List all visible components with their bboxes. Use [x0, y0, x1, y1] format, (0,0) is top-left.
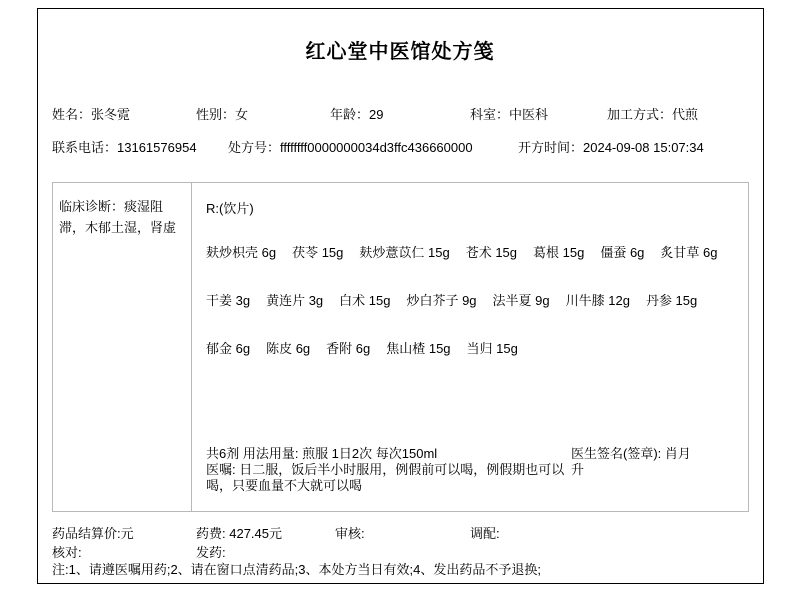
field-rx-no: 处方号：ffffffff0000000034d3ffc436660000 — [228, 137, 473, 156]
herb-item: 川牛膝 12g — [566, 293, 630, 308]
herb-item: 炒白芥子 9g — [406, 293, 476, 308]
time-label: 开方时间： — [518, 140, 583, 155]
herb-item: 麸炒薏苡仁 15g — [359, 245, 449, 260]
herb-item: 僵蚕 6g — [600, 245, 644, 260]
processing-value: 代煎 — [672, 107, 698, 122]
diagnosis: 临床诊断：痰湿阻滞，木郁土湿，肾虚 — [59, 196, 181, 238]
herb-item: 白术 15g — [339, 293, 390, 308]
advice-line: 医嘱: 日二服，饭后半小时服用，例假前可以喝，例假期也可以喝，只要血量不大就可以… — [206, 462, 570, 494]
herb-item: 苍术 15g — [466, 245, 517, 260]
footer-note: 注:1、请遵医嘱用药;2、请在窗口点清药品;3、本处方当日有效;4、发出药品不予… — [52, 559, 541, 578]
dosage-line: 共6剂 用法用量: 煎服 1日2次 每次150ml — [206, 446, 570, 462]
signature-label: 医生签名(签章): — [571, 446, 665, 461]
field-department: 科室：中医科 — [470, 104, 548, 123]
field-fee: 药费: 427.45元 — [196, 523, 282, 542]
fee-label: 药费: — [196, 526, 229, 541]
herb-rows: 麸炒枳壳 6g茯苓 15g麸炒薏苡仁 15g苍术 15g葛根 15g僵蚕 6g炙… — [206, 244, 736, 388]
herb-item: 丹参 15g — [646, 293, 697, 308]
age-label: 年龄： — [330, 107, 369, 122]
department-value: 中医科 — [509, 107, 548, 122]
herb-item: 郁金 6g — [206, 341, 250, 356]
time-value: 2024-09-08 15:07:34 — [583, 140, 704, 155]
field-phone: 联系电话：13161576954 — [52, 137, 197, 156]
herb-item: 当归 15g — [467, 341, 518, 356]
department-label: 科室： — [470, 107, 509, 122]
phone-value: 13161576954 — [117, 140, 197, 155]
name-value: 张冬霓 — [91, 107, 130, 122]
field-time: 开方时间：2024-09-08 15:07:34 — [518, 137, 704, 156]
herb-row: 干姜 3g黄连片 3g白术 15g炒白芥子 9g法半夏 9g川牛膝 12g丹参 … — [206, 292, 736, 310]
rx-no-label: 处方号： — [228, 140, 280, 155]
herb-item: 黄连片 3g — [266, 293, 323, 308]
column-divider — [191, 183, 192, 511]
field-dispense: 调配: — [470, 523, 500, 542]
field-name: 姓名：张冬霓 — [52, 104, 130, 123]
phone-label: 联系电话： — [52, 140, 117, 155]
field-review: 审核: — [335, 523, 365, 542]
herb-item: 麸炒枳壳 6g — [206, 245, 276, 260]
herb-item: 香附 6g — [326, 341, 370, 356]
gender-label: 性别： — [196, 107, 235, 122]
diagnosis-label: 临床诊断： — [59, 199, 124, 214]
fee-value: 427.45元 — [229, 526, 282, 541]
herb-item: 茯苓 15g — [292, 245, 343, 260]
page-title: 红心堂中医馆处方笺 — [0, 35, 800, 64]
herb-item: 陈皮 6g — [266, 341, 310, 356]
herb-item: 焦山楂 15g — [386, 341, 450, 356]
herb-item: 法半夏 9g — [493, 293, 550, 308]
prescription-page: 红心堂中医馆处方笺 姓名：张冬霓 性别：女 年龄：29 科室：中医科 加工方式：… — [0, 0, 800, 600]
herb-item: 炙甘草 6g — [660, 245, 717, 260]
field-processing: 加工方式：代煎 — [607, 104, 698, 123]
herb-row: 郁金 6g陈皮 6g香附 6g焦山楂 15g当归 15g — [206, 340, 736, 358]
field-settle-price: 药品结算价:元 — [52, 523, 134, 542]
herb-item: 葛根 15g — [533, 245, 584, 260]
herb-row: 麸炒枳壳 6g茯苓 15g麸炒薏苡仁 15g苍术 15g葛根 15g僵蚕 6g炙… — [206, 244, 736, 262]
rx-header: R:(饮片) — [206, 198, 254, 217]
name-label: 姓名： — [52, 107, 91, 122]
age-value: 29 — [369, 107, 383, 122]
settle-value: 元 — [121, 526, 134, 541]
field-gender: 性别：女 — [196, 104, 248, 123]
prescription-box: 临床诊断：痰湿阻滞，木郁土湿，肾虚 R:(饮片) 麸炒枳壳 6g茯苓 15g麸炒… — [52, 182, 749, 512]
settle-label: 药品结算价: — [52, 526, 121, 541]
processing-label: 加工方式： — [607, 107, 672, 122]
rx-no-value: ffffffff0000000034d3ffc436660000 — [280, 140, 473, 155]
gender-value: 女 — [235, 107, 248, 122]
dosage-block: 共6剂 用法用量: 煎服 1日2次 每次150ml 医嘱: 日二服，饭后半小时服… — [206, 446, 570, 494]
field-age: 年龄：29 — [330, 104, 383, 123]
doctor-signature: 医生签名(签章): 肖月升 — [571, 446, 699, 478]
herb-item: 干姜 3g — [206, 293, 250, 308]
